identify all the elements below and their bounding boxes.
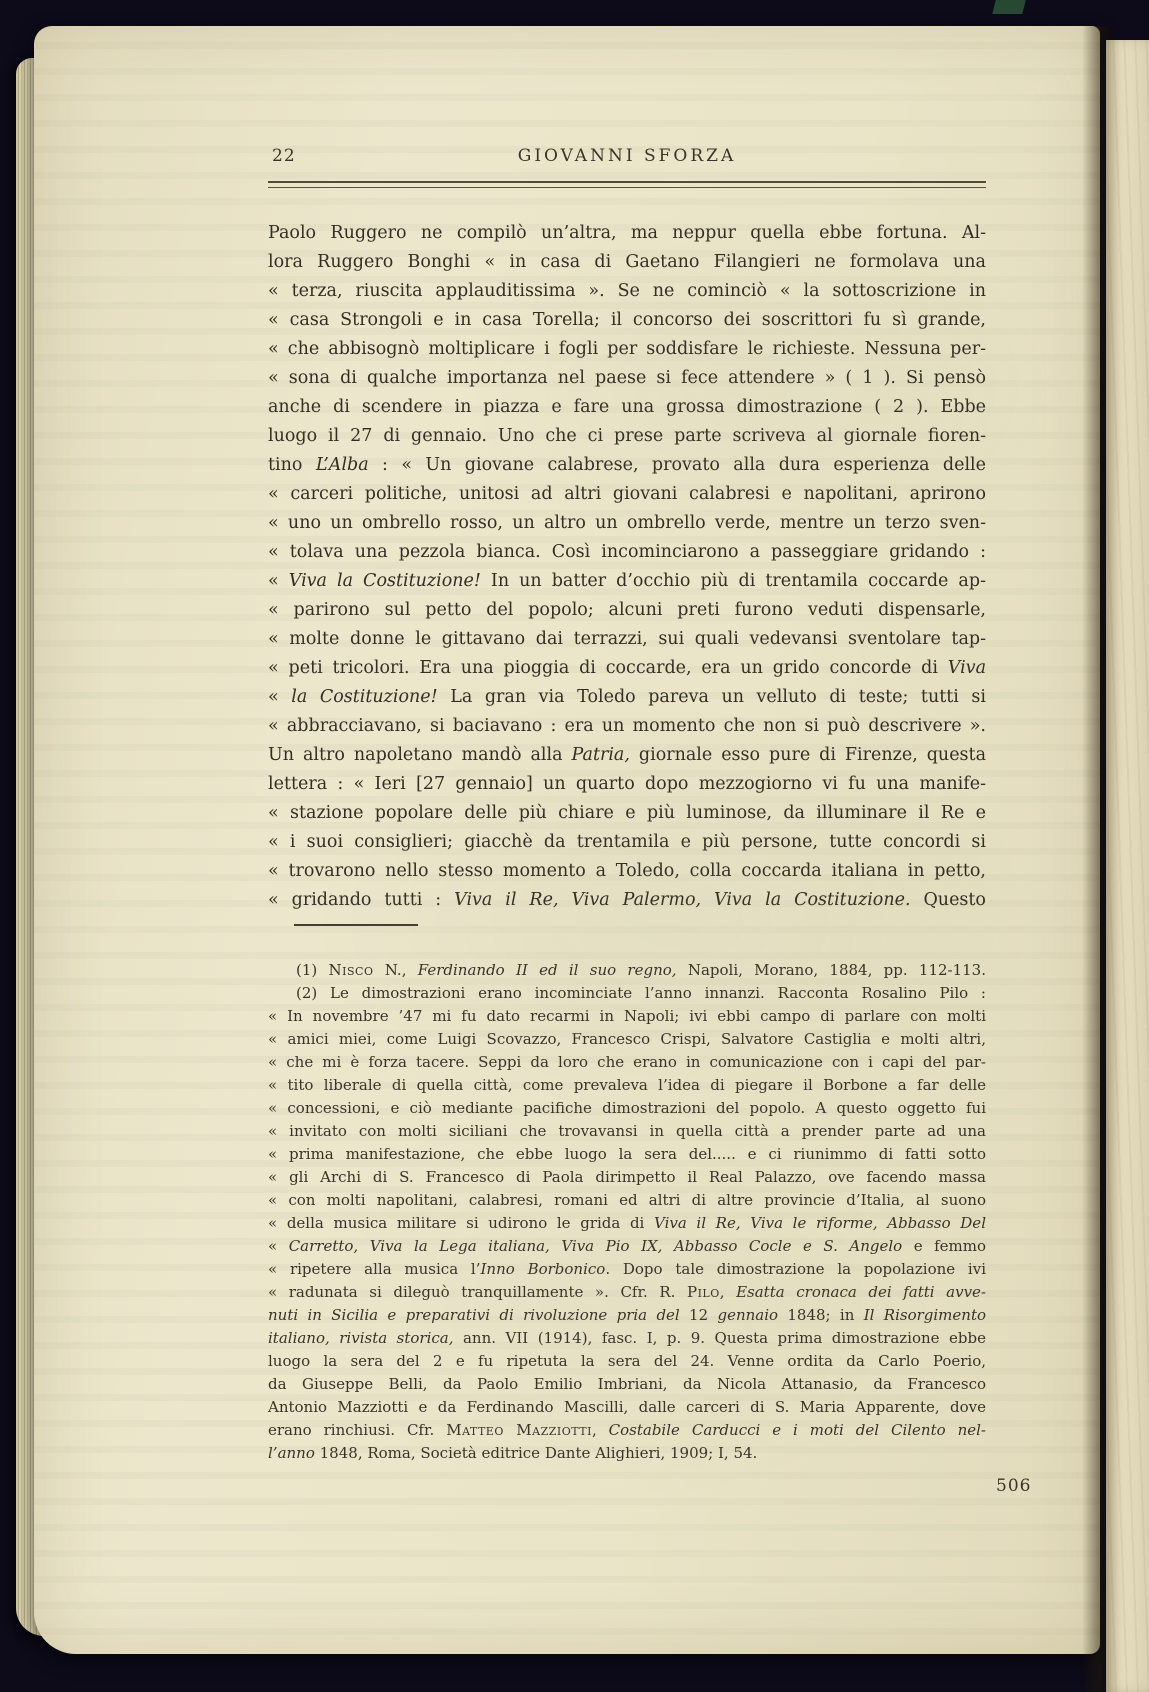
footnote-line: l’anno 1848, Roma, Società editrice Dant… — [268, 1442, 986, 1465]
text-line: « trovarono nello stesso momento a Toled… — [268, 857, 986, 886]
green-bookmark-mark — [992, 0, 1025, 14]
footnote-line: (2) Le dimostrazioni erano incominciate … — [268, 982, 986, 1005]
text-line: Paolo Ruggero ne compilò un’altra, ma ne… — [268, 219, 986, 248]
footnote-line: « In novembre ’47 mi fu dato recarmi in … — [268, 1005, 986, 1028]
footnote-line: « concessioni, e ciò mediante pacifiche … — [268, 1097, 986, 1120]
page-number-bottom: 506 — [996, 1476, 1056, 1496]
text-column: 22 GIOVANNI SFORZA Paolo Ruggero ne comp… — [268, 26, 986, 1465]
footnote-line: « Carretto, Viva la Lega italiana, Viva … — [268, 1235, 986, 1258]
text-line: « i suoi consiglieri; giacchè da trentam… — [268, 828, 986, 857]
text-line: Un altro napoletano mandò alla Patria, g… — [268, 741, 986, 770]
text-line: « uno un ombrello rosso, un altro un omb… — [268, 509, 986, 538]
footnote-line: « della musica militare si udirono le gr… — [268, 1212, 986, 1235]
page-number-top: 22 — [272, 146, 296, 166]
footnote-line: « che mi è forza tacere. Seppi da loro c… — [268, 1051, 986, 1074]
footnote-line: Antonio Mazziotti e da Ferdinando Mascil… — [268, 1396, 986, 1419]
text-line: « peti tricolori. Era una pioggia di coc… — [268, 654, 986, 683]
footnote-line: italiano, rivista storica, ann. VII (191… — [268, 1327, 986, 1350]
text-line: anche di scendere in piazza e fare una g… — [268, 393, 986, 422]
text-line: « casa Strongoli e in casa Torella; il c… — [268, 306, 986, 335]
footnote-line: « invitato con molti siciliani che trova… — [268, 1120, 986, 1143]
footnote-separator-rule — [294, 924, 418, 926]
header-double-rule — [268, 181, 986, 188]
footnote-line: nuti in Sicilia e preparativi di rivoluz… — [268, 1304, 986, 1327]
text-line: « la Costituzione! La gran via Toledo pa… — [268, 683, 986, 712]
text-line: « parirono sul petto del popolo; alcuni … — [268, 596, 986, 625]
book-page: 22 GIOVANNI SFORZA Paolo Ruggero ne comp… — [34, 26, 1100, 1654]
text-line: « terza, riuscita applauditissima ». Se … — [268, 277, 986, 306]
footnote-line: « con molti napolitani, calabresi, roman… — [268, 1189, 986, 1212]
text-line: « Viva la Costituzione! In un batter d’o… — [268, 567, 986, 596]
running-header: 22 GIOVANNI SFORZA — [268, 146, 986, 168]
text-line: tino L’Alba : « Un giovane calabrese, pr… — [268, 451, 986, 480]
footnote-line: « prima manifestazione, che ebbe luogo l… — [268, 1143, 986, 1166]
text-line: « abbracciavano, si baciavano : era un m… — [268, 712, 986, 741]
book-photo: 22 GIOVANNI SFORZA Paolo Ruggero ne comp… — [0, 0, 1149, 1692]
text-line: « molte donne le gittavano dai terrazzi,… — [268, 625, 986, 654]
text-line: « carceri politiche, unitosi ad altri gi… — [268, 480, 986, 509]
text-line: lora Ruggero Bonghi « in casa di Gaetano… — [268, 248, 986, 277]
footnote-line: luogo la sera del 2 e fu ripetuta la ser… — [268, 1350, 986, 1373]
text-line: luogo il 27 di gennaio. Uno che ci prese… — [268, 422, 986, 451]
text-line: lettera : « Ieri [27 gennaio] un quarto … — [268, 770, 986, 799]
text-line: « che abbisognò moltiplicare i fogli per… — [268, 335, 986, 364]
text-line: « tolava una pezzola bianca. Così incomi… — [268, 538, 986, 567]
footnote-line: (1) Nisco N., Ferdinando II ed il suo re… — [268, 959, 986, 982]
adjacent-page-edge — [1106, 40, 1149, 1692]
footnotes-block: (1) Nisco N., Ferdinando II ed il suo re… — [268, 959, 986, 1465]
footnote-line: « amici miei, come Luigi Scovazzo, Franc… — [268, 1028, 986, 1051]
footnote-line: erano rinchiusi. Cfr. Matteo Mazziotti, … — [268, 1419, 986, 1442]
main-text-block: Paolo Ruggero ne compilò un’altra, ma ne… — [268, 219, 986, 915]
footnote-line: da Giuseppe Belli, da Paolo Emilio Imbri… — [268, 1373, 986, 1396]
running-header-title: GIOVANNI SFORZA — [268, 146, 986, 166]
footnote-line: « ripetere alla musica l’Inno Borbonico.… — [268, 1258, 986, 1281]
text-line: « sona di qualche importanza nel paese s… — [268, 364, 986, 393]
footnote-line: « tito liberale di quella città, come pr… — [268, 1074, 986, 1097]
text-line: « gridando tutti : Viva il Re, Viva Pale… — [268, 886, 986, 915]
footnote-line: « gli Archi di S. Francesco di Paola dir… — [268, 1166, 986, 1189]
footnote-line: « radunata si dileguò tranquillamente ».… — [268, 1281, 986, 1304]
text-line: « stazione popolare delle più chiare e p… — [268, 799, 986, 828]
